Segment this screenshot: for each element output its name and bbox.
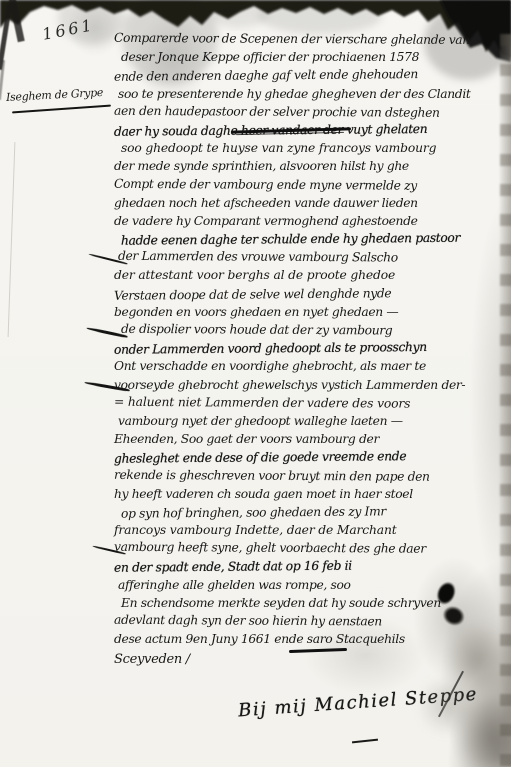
manuscript-line: Comparerde voor de Scepenen der vierscha… <box>114 29 506 50</box>
manuscript-line: ende den anderen daeghe gaf velt ende gh… <box>114 65 506 87</box>
manuscript-line: der attestant voor berghs al de proote g… <box>114 266 506 284</box>
date-underline-mark <box>289 648 347 653</box>
manuscript-line: de vadere hy Comparant vermoghend aghest… <box>114 212 506 230</box>
margin-note-underline <box>12 105 111 114</box>
manuscript-line: op syn hof bringhen, soo ghedaen des zy … <box>121 501 506 523</box>
manuscript-line: francoys vambourg Indette, daer de March… <box>114 521 506 539</box>
manuscript-line: ghesleghet ende dese of die goede vreemd… <box>114 447 506 469</box>
manuscript-line: der Lammerden des vrouwe vambourg Salsch… <box>118 247 506 268</box>
manuscript-line: soo ghedoopt te huyse van zyne francoys … <box>121 139 506 157</box>
manuscript-line: = haluent niet Lammerden der vadere des … <box>114 393 506 414</box>
manuscript-line: Ont verschadde en voordighe ghebrocht, a… <box>114 357 506 375</box>
manuscript-line: vambourg nyet der ghedoopt walleghe laet… <box>118 412 506 430</box>
manuscript-line: ghedaen noch het afscheeden vande dauwer… <box>114 194 506 212</box>
manuscript-line: onder Lammerden voord ghedoopt als te pr… <box>114 337 506 359</box>
manuscript-line: deser Jonque Keppe officier der prochiae… <box>121 48 506 66</box>
manuscript-line: der mede synde sprinthien, alsvooren hil… <box>114 157 506 175</box>
manuscript-line: voorseyde ghebrocht ghewelschys vystich … <box>114 376 506 394</box>
manuscript-line: Eheenden, Soo gaet der voors vambourg de… <box>114 430 506 448</box>
manuscript-line: Verstaen doope dat de selve wel denghde … <box>114 283 506 305</box>
signature-underline <box>352 739 378 744</box>
manuscript-line: rekende is gheschreven voor bruyt min de… <box>114 465 506 486</box>
manuscript-line: hy heeft vaderen ch souda gaen moet in h… <box>114 485 506 503</box>
paper-crease <box>8 142 16 337</box>
manuscript-page-scan: 1661 Iseghem de Grype Comparerde voor de… <box>0 0 511 767</box>
manuscript-line: begonden en voors ghedaen en nyet ghedae… <box>114 303 506 321</box>
manuscript-line: soo te presenterende hy ghedae ghegheven… <box>118 85 506 103</box>
closing-line: Sceyveden / <box>114 652 190 667</box>
manuscript-line: Compt ende der vambourg ende myne vermel… <box>114 174 506 195</box>
manuscript-text: Comparerde voor de Scepenen der vierscha… <box>114 30 506 648</box>
manuscript-line: en der spadt ende, Stadt dat op 16 feb i… <box>114 556 506 578</box>
paper-stain <box>396 614 511 767</box>
